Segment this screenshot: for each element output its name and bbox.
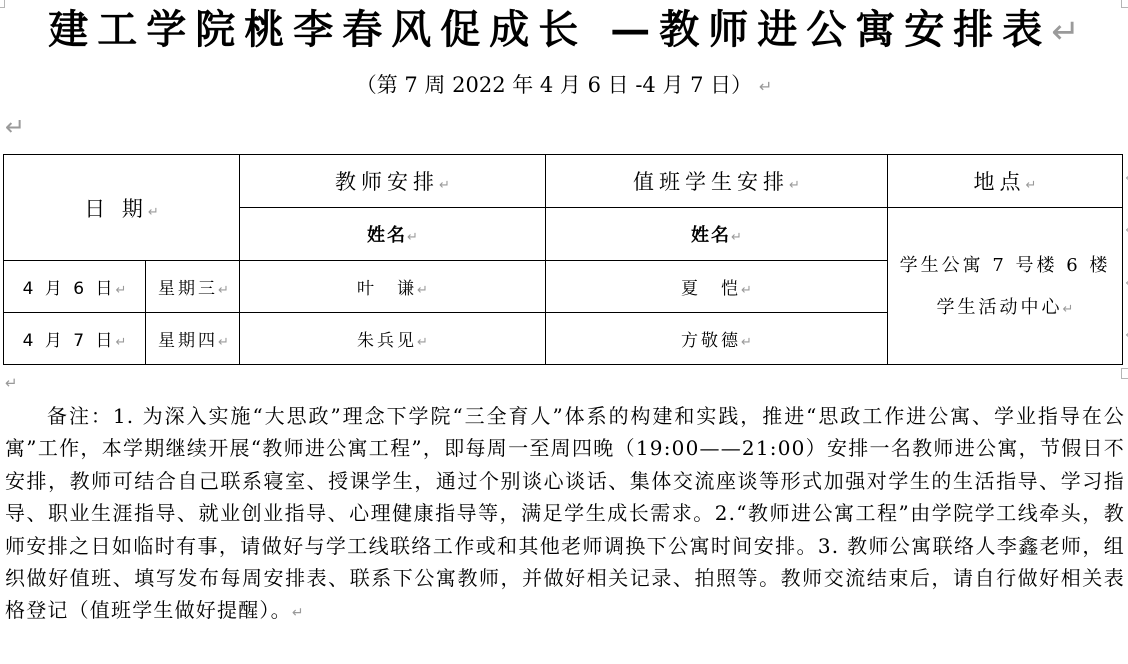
row-student-text: 方敬德 xyxy=(681,331,741,351)
location-line-2-text: 学生活动中心 xyxy=(937,297,1063,318)
header-date: 日 期↵ xyxy=(4,155,240,261)
paragraph-mark-icon: ↵ xyxy=(439,178,450,193)
row-end-mark-icon: ↵ xyxy=(1124,327,1128,341)
paragraph-mark-icon: ↵ xyxy=(115,283,126,298)
row-date-text: 4 月 7 日 xyxy=(23,331,116,351)
row-weekday-text: 星期三 xyxy=(158,279,218,299)
row-student: 方敬德↵ xyxy=(546,313,888,365)
header-location-label: 地点 xyxy=(974,170,1026,194)
row-weekday: 星期三↵ xyxy=(146,261,240,313)
header-location: 地点↵ xyxy=(888,155,1123,208)
row-end-mark-icon: ↵ xyxy=(1124,222,1128,236)
notes-paragraph: 备注：1. 为深入实施“大思政”理念下学院“三全育人”体系的构建和实践，推进“思… xyxy=(5,400,1125,630)
paragraph-mark-icon: ↵ xyxy=(1063,302,1074,317)
paragraph-mark-icon: ↵ xyxy=(292,605,305,621)
location-line-2: 学生活动中心↵ xyxy=(888,286,1122,332)
row-teacher: 叶 谦↵ xyxy=(240,261,546,313)
paragraph-mark-icon: ↵ xyxy=(5,112,25,142)
subheader-student-name-label: 姓名 xyxy=(691,225,731,246)
schedule-table: 日 期↵ 教师安排↵ 值班学生安排↵ 地点↵ 姓名↵ 姓名↵ 学生公寓 7 号楼… xyxy=(3,154,1123,365)
paragraph-mark-icon: ↵ xyxy=(407,230,418,245)
location-line-1: 学生公寓 7 号楼 6 楼 xyxy=(888,240,1122,292)
header-student: 值班学生安排↵ xyxy=(546,155,888,208)
paragraph-mark-icon: ↵ xyxy=(5,373,18,393)
paragraph-mark-icon: ↵ xyxy=(417,283,428,298)
subheader-student-name: 姓名↵ xyxy=(546,208,888,261)
header-teacher-label: 教师安排 xyxy=(335,170,439,194)
paragraph-mark-icon: ↵ xyxy=(759,77,772,96)
paragraph-mark-icon: ↵ xyxy=(1026,178,1037,193)
document-subtitle-text: （第 7 周 2022 年 4 月 6 日 -4 月 7 日） xyxy=(356,73,752,97)
row-teacher-text: 叶 谦 xyxy=(357,279,417,299)
header-student-label: 值班学生安排 xyxy=(633,170,789,194)
row-end-mark-icon: ↵ xyxy=(1124,275,1128,289)
row-teacher-text: 朱兵见 xyxy=(357,331,417,351)
subheader-teacher-name-label: 姓名 xyxy=(367,225,407,246)
header-teacher: 教师安排↵ xyxy=(240,155,546,208)
paragraph-mark-icon: ↵ xyxy=(148,205,159,220)
row-student-text: 夏 恺 xyxy=(681,279,741,299)
table-end-mark xyxy=(1121,368,1128,379)
paragraph-mark-icon: ↵ xyxy=(218,335,229,350)
paragraph-mark-icon: ↵ xyxy=(731,230,742,245)
paragraph-mark-icon: ↵ xyxy=(789,178,800,193)
location-cell: 学生公寓 7 号楼 6 楼 学生活动中心↵ xyxy=(888,208,1123,365)
paragraph-mark-icon: ↵ xyxy=(115,335,126,350)
paragraph-mark-icon: ↵ xyxy=(417,335,428,350)
row-date-text: 4 月 6 日 xyxy=(23,279,116,299)
paragraph-mark-icon: ↵ xyxy=(1051,12,1080,52)
document-subtitle: （第 7 周 2022 年 4 月 6 日 -4 月 7 日） ↵ xyxy=(0,70,1128,102)
paragraph-mark-icon: ↵ xyxy=(218,283,229,298)
row-weekday-text: 星期四 xyxy=(158,331,218,351)
row-teacher: 朱兵见↵ xyxy=(240,313,546,365)
row-student: 夏 恺↵ xyxy=(546,261,888,313)
document-title-text: 建工学院桃李春风促成长 —教师进公寓安排表 xyxy=(48,6,1051,53)
row-date: 4 月 6 日↵ xyxy=(4,261,146,313)
header-date-label: 日 期 xyxy=(84,197,148,221)
subheader-teacher-name: 姓名↵ xyxy=(240,208,546,261)
row-end-mark-icon: ↵ xyxy=(1124,170,1128,184)
notes-text: 备注：1. 为深入实施“大思政”理念下学院“三全育人”体系的构建和实践，推进“思… xyxy=(5,404,1125,622)
paragraph-mark-icon: ↵ xyxy=(741,283,752,298)
paragraph-mark-icon: ↵ xyxy=(741,335,752,350)
row-weekday: 星期四↵ xyxy=(146,313,240,365)
row-date: 4 月 7 日↵ xyxy=(4,313,146,365)
document-title: 建工学院桃李春风促成长 —教师进公寓安排表↵ xyxy=(0,2,1128,58)
